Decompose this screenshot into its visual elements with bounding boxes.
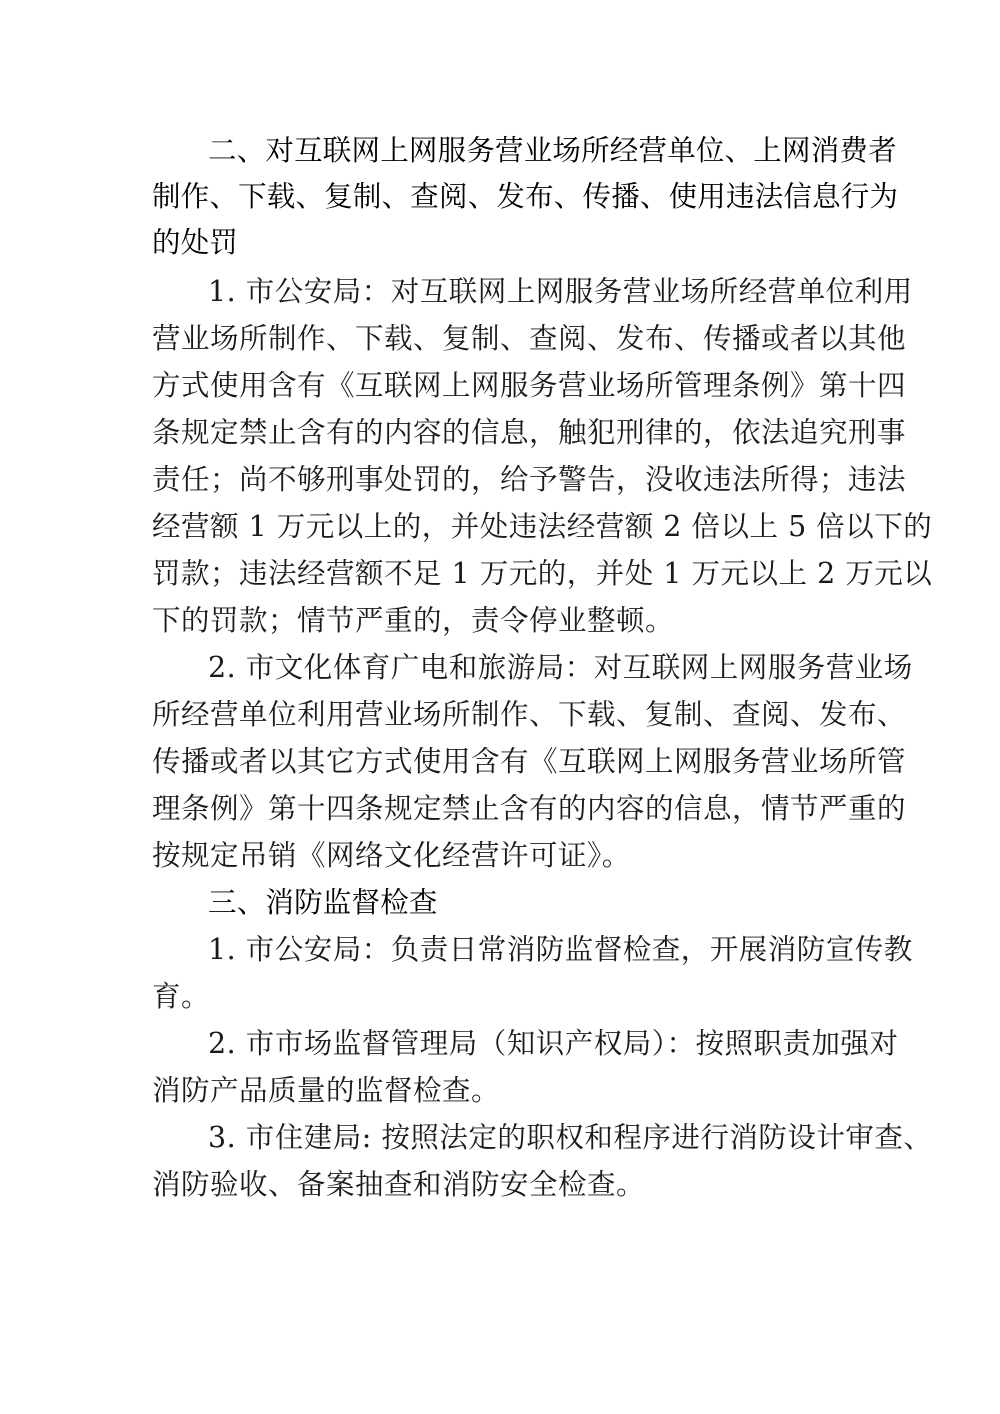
section-2-item-1-line-5: 责任；尚不够刑事处罚的，给予警告，没收违法所得；违法 [152, 463, 906, 497]
section-3-item-2-line-1: 2. 市市场监督管理局（知识产权局）：按照职责加强对 [208, 1027, 899, 1061]
section-2-item-1-line-4: 条规定禁止含有的内容的信息，触犯刑律的，依法追究刑事 [152, 416, 906, 450]
section-2-item-2-line-2: 所经营单位利用营业场所制作、下载、复制、查阅、发布、 [152, 698, 906, 732]
section-3-item-3-line-2: 消防验收、备案抽查和消防安全检查。 [152, 1168, 645, 1202]
section-3-item-1-line-2: 育。 [152, 980, 210, 1014]
section-2-item-2-line-5: 按规定吊销《网络文化经营许可证》。 [152, 839, 631, 873]
section-2-heading-line-1: 二、对互联网上网服务营业场所经营单位、上网消费者 [208, 134, 897, 168]
section-2-item-1-line-7: 罚款；违法经营额不足 1 万元的，并处 1 万元以上 2 万元以 [152, 557, 932, 591]
section-2-item-1-line-1: 1. 市公安局：对互联网上网服务营业场所经营单位利用 [208, 275, 913, 309]
section-3-item-2-line-2: 消防产品质量的监督检查。 [152, 1074, 500, 1108]
section-2-item-2-line-3: 传播或者以其它方式使用含有《互联网上网服务营业场所管 [152, 745, 906, 779]
section-2-item-1-line-8: 下的罚款；情节严重的，责令停业整顿。 [152, 604, 674, 638]
section-2-item-1-line-6: 经营额 1 万元以上的，并处违法经营额 2 倍以上 5 倍以下的 [152, 510, 932, 544]
section-2-item-2-line-4: 理条例》第十四条规定禁止含有的内容的信息，情节严重的 [152, 792, 906, 826]
section-3-item-3-line-1: 3. 市住建局: 按照法定的职权和程序进行消防设计审查、 [208, 1121, 932, 1155]
section-2-item-1-line-3: 方式使用含有《互联网上网服务营业场所管理条例》第十四 [152, 369, 906, 403]
section-2-heading-line-2: 制作、下载、复制、查阅、发布、传播、使用违法信息行为 [152, 180, 898, 214]
section-2-item-1-line-2: 营业场所制作、下载、复制、查阅、发布、传播或者以其他 [152, 322, 906, 356]
section-2-item-2-line-1: 2. 市文化体育广电和旅游局：对互联网上网服务营业场 [208, 651, 913, 685]
section-3-heading: 三、消防监督检查 [208, 886, 438, 920]
section-2-heading-line-3: 的处罚 [152, 226, 238, 260]
section-3-item-1-line-1: 1. 市公安局：负责日常消防监督检查，开展消防宣传教 [208, 933, 913, 967]
